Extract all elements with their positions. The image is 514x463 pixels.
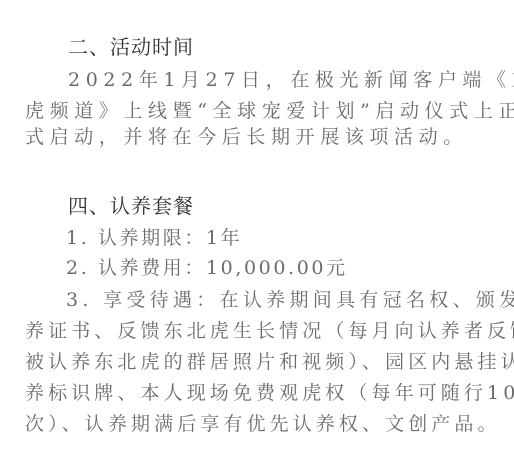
package-item-duration: 1. 认养期限：1年 <box>66 226 242 250</box>
section-heading-adoption-package: 四、认养套餐 <box>68 194 194 218</box>
paragraph-line: 养标识牌、本人现场免费观虎权（每年可随行10人 <box>25 381 514 405</box>
paragraph-line: 次）、认养期满后享有优先认养权、文创产品。 <box>25 412 501 436</box>
paragraph-line: 养证书、反馈东北虎生长情况（每月向认养者反馈 <box>25 319 514 343</box>
package-item-benefits: 3. 享受待遇：在认养期间具有冠名权、颁发认 <box>66 288 514 312</box>
package-item-fee: 2. 认养费用：10,000.00元 <box>66 256 348 280</box>
paragraph-line: 被认养东北虎的群居照片和视频）、园区内悬挂认 <box>25 350 514 374</box>
paragraph-line: 虎频道》上线暨“全球宠爱计划”启动仪式上正 <box>25 99 514 123</box>
section-heading-activity-time: 二、活动时间 <box>68 35 194 59</box>
paragraph-line: 2022年1月27日，在极光新闻客户端《东北 <box>68 68 514 92</box>
paragraph-line: 式启动，并将在今后长期开展该项活动。 <box>25 125 468 149</box>
